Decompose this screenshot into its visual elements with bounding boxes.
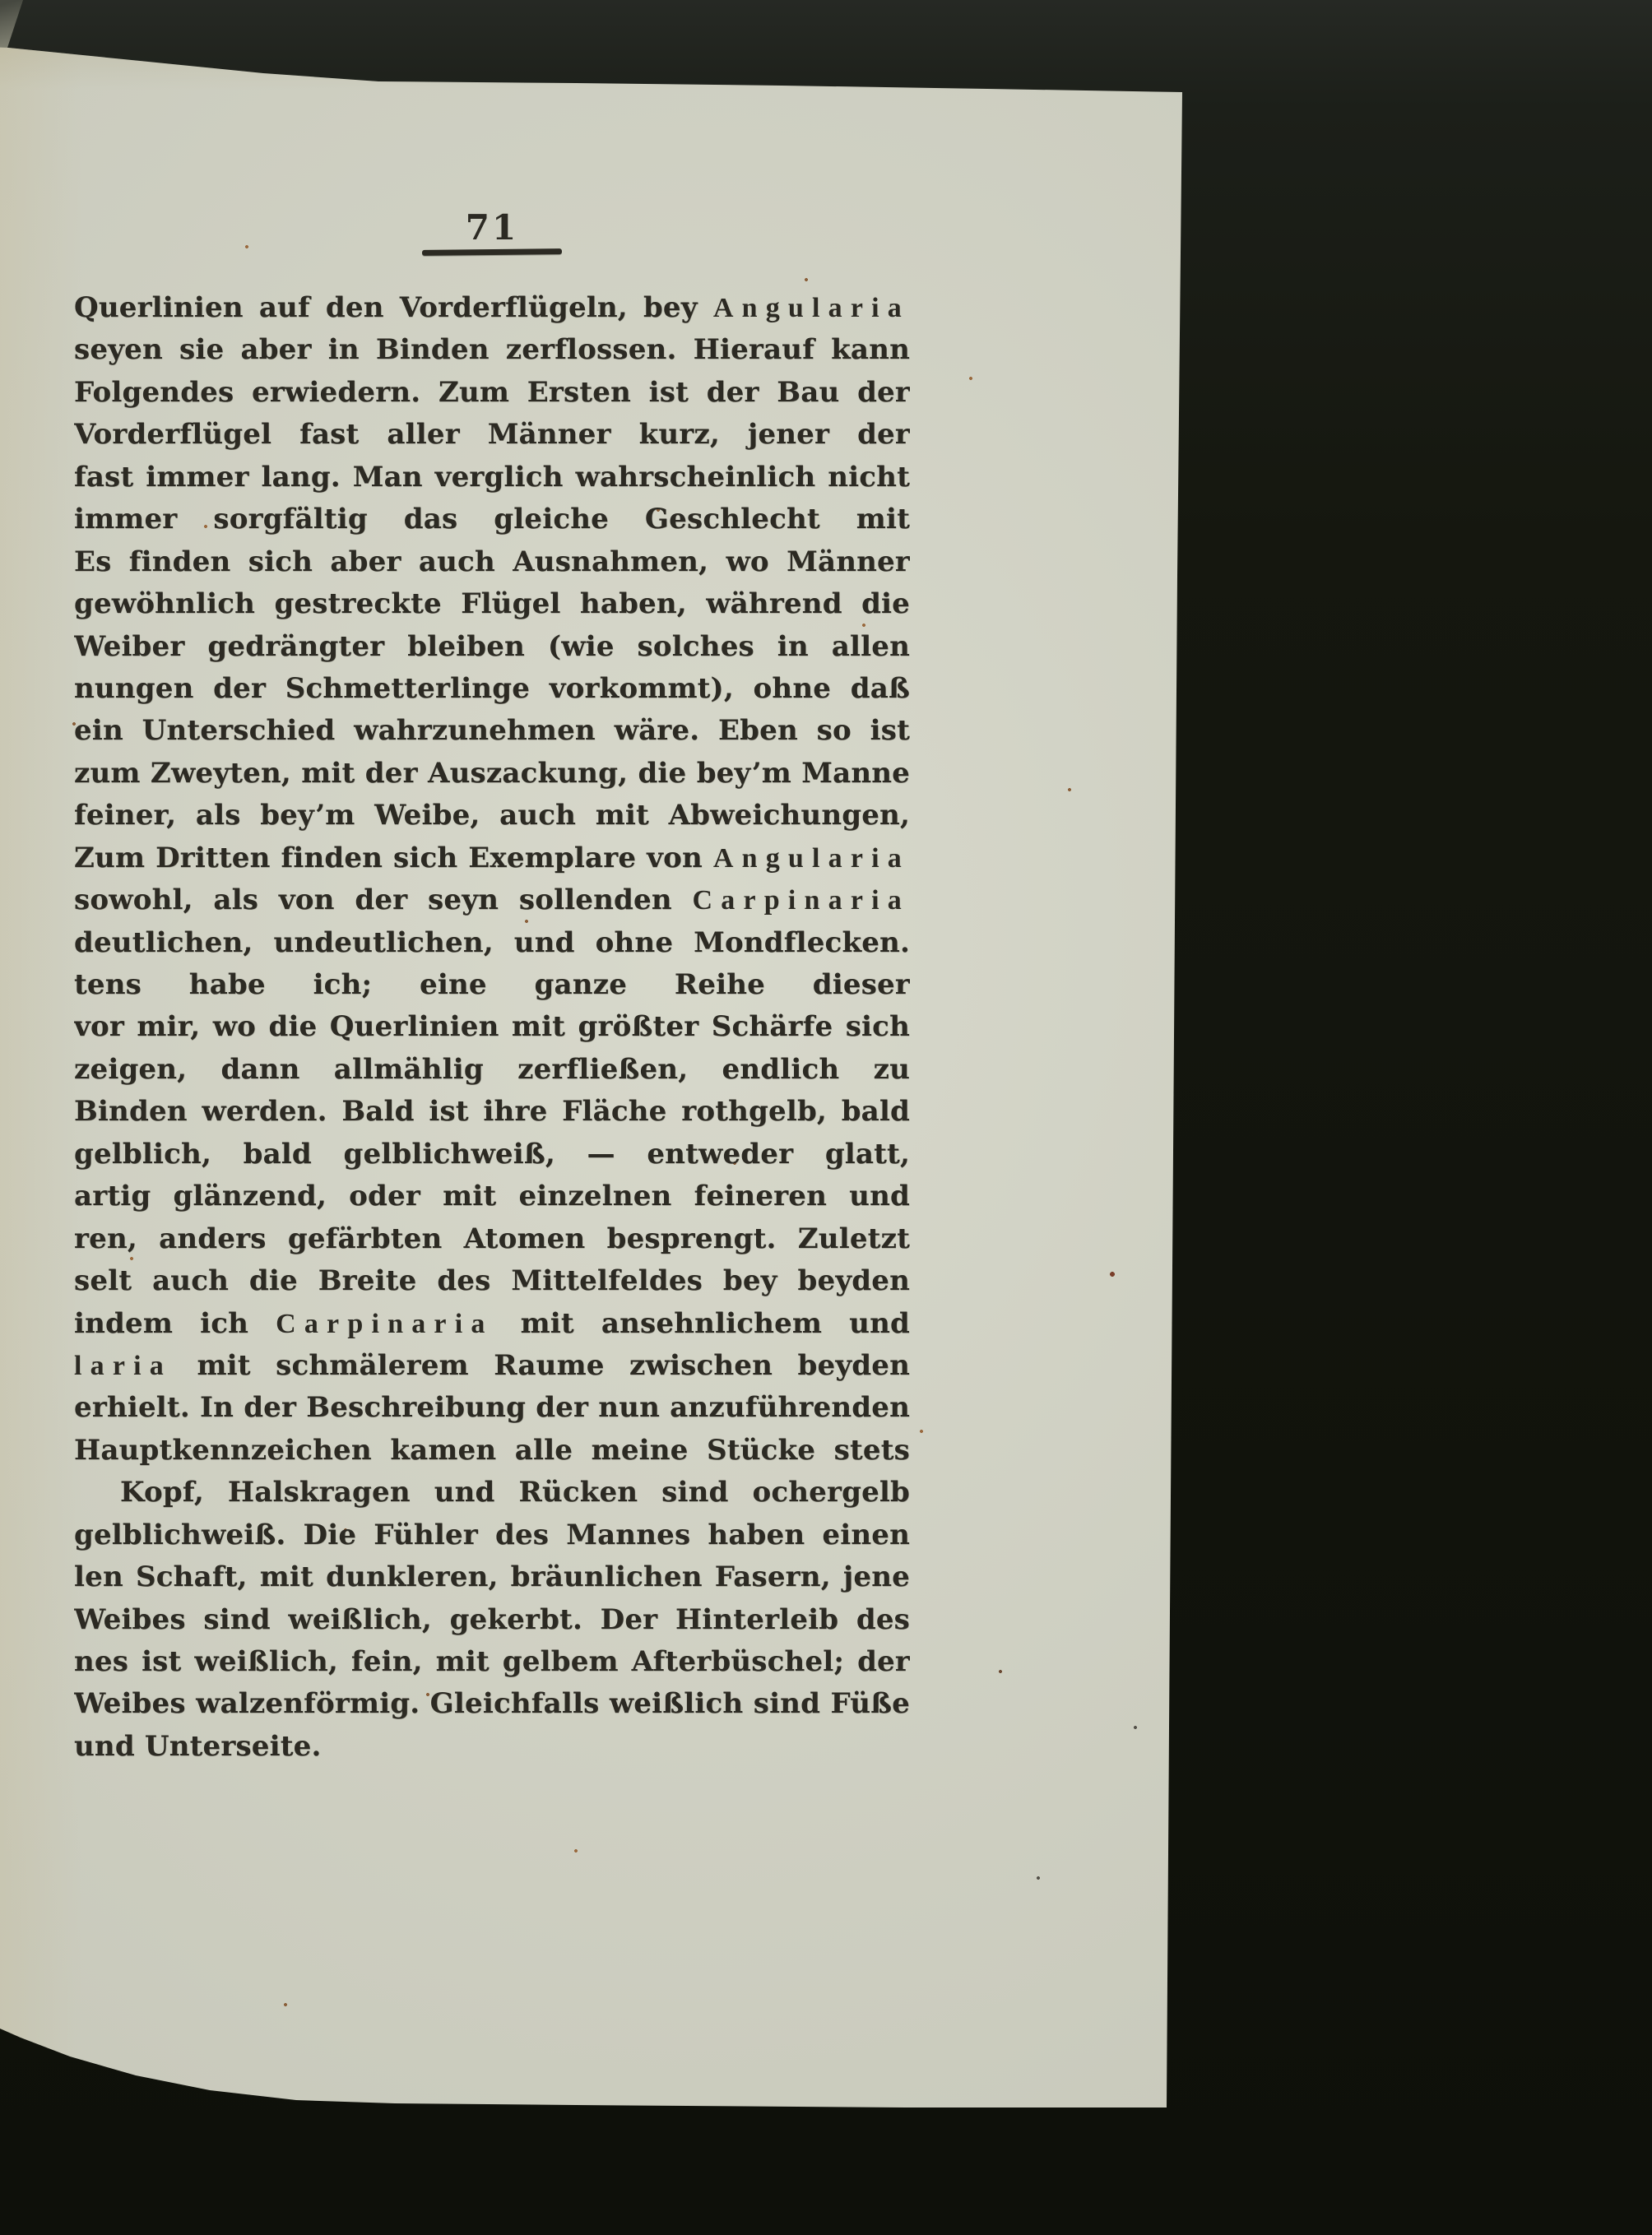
page-header: 71 <box>74 209 910 255</box>
text-line: zum Zweyten, mit der Auszackung, die bey… <box>74 753 910 795</box>
text-line: Binden werden. Bald ist ihre Fläche roth… <box>74 1091 910 1133</box>
text-line: Zum Dritten finden sich Exemplare von An… <box>74 837 910 879</box>
latin-species-name: Angularia <box>713 293 910 323</box>
fraktur-text: ein Unterschied wahrzunehmen wäre. Eben … <box>74 714 910 752</box>
text-line: indem ich Carpinaria mit ansehnlichem un… <box>74 1303 910 1345</box>
text-line: deutlichen, undeutlichen, und ohne Mondf… <box>74 922 910 964</box>
text-line: gelblich, bald gelblichweiß, — entweder … <box>74 1134 910 1175</box>
fraktur-text: Querlinien auf den Vorderflügeln, bey <box>74 291 713 324</box>
text-line: len Schaft, mit dunkleren, bräunlichen F… <box>74 1556 910 1598</box>
text-line: sowohl, als von der seyn sollenden Carpi… <box>74 879 910 921</box>
fraktur-text: ren, anders gefärbten Atomen besprengt. … <box>74 1222 910 1260</box>
fraktur-text: gewöhnlich gestreckte Flügel haben, währ… <box>74 587 910 625</box>
fraktur-text: Folgendes erwiedern. Zum Ersten ist der … <box>74 376 910 409</box>
fraktur-text: nungen der Schmetterlinge vorkommt), ohn… <box>74 672 910 710</box>
adjacent-page-edge <box>0 0 23 48</box>
fraktur-text: Weiber gedrängter bleiben (wie solches i… <box>74 630 910 668</box>
text-line: tens habe ich; eine ganze Reihe dieser S… <box>74 964 910 1006</box>
text-line: feiner, als bey’m Weibe, auch mit Abweic… <box>74 795 910 837</box>
text-line: Hauptkennzeichen kamen alle meine Stücke… <box>74 1430 910 1472</box>
fraktur-text: seyen sie aber in Binden zerflossen. Hie… <box>74 333 910 371</box>
fraktur-text: gelblich, bald gelblichweiß, — entweder … <box>74 1138 910 1175</box>
text-line: ein Unterschied wahrzunehmen wäre. Eben … <box>74 710 910 752</box>
fraktur-text: Vorderflügel fast aller Männer kurz, jen… <box>74 418 910 456</box>
fraktur-text: Weibes sind weißlich, gekerbt. Der Hinte… <box>74 1603 910 1641</box>
text-line: selt auch die Breite des Mittelfeldes be… <box>74 1260 910 1302</box>
fraktur-text: selt auch die Breite des Mittelfeldes be… <box>74 1264 910 1302</box>
fraktur-text: tens habe ich; eine ganze Reihe dieser S… <box>74 968 910 1006</box>
text-line: nes ist weißlich, fein, mit gelbem After… <box>74 1641 910 1683</box>
fraktur-text: deutlichen, undeutlichen, und ohne Mondf… <box>74 926 910 964</box>
fraktur-text: zeigen, dann allmählig zerfließen, endli… <box>74 1053 910 1091</box>
fraktur-text: mit ansehnlichem und <box>494 1307 910 1340</box>
fraktur-text: feiner, als bey’m Weibe, auch mit Abweic… <box>74 799 910 837</box>
text-line: erhielt. In der Beschreibung der nun anz… <box>74 1387 910 1429</box>
text-line: Folgendes erwiedern. Zum Ersten ist der … <box>74 372 910 414</box>
text-line: Vorderflügel fast aller Männer kurz, jen… <box>74 414 910 456</box>
page-number: 71 <box>74 209 910 247</box>
latin-species-name: laria <box>74 1351 172 1381</box>
fraktur-text: indem ich <box>74 1307 276 1340</box>
text-line: artig glänzend, oder mit einzelnen feine… <box>74 1175 910 1217</box>
text-line: fast immer lang. Man verglich wahrschein… <box>74 457 910 498</box>
text-line: ren, anders gefärbten Atomen besprengt. … <box>74 1218 910 1260</box>
text-line: Es finden sich aber auch Ausnahmen, wo M… <box>74 541 910 583</box>
text-line: Kopf, Halskragen und Rücken sind ocherge… <box>74 1472 910 1514</box>
fraktur-text: gelblichweiß. Die Fühler des Mannes habe… <box>74 1519 910 1556</box>
fraktur-text: Weibes walzenförmig. Gleichfalls weißlic… <box>74 1687 910 1720</box>
fraktur-text: Binden werden. Bald ist ihre Fläche roth… <box>74 1095 910 1128</box>
fraktur-text: fast immer lang. Man verglich wahrschein… <box>74 461 910 494</box>
text-line: und Unterseite. <box>74 1726 910 1768</box>
page-number-rule <box>422 248 562 256</box>
fraktur-text: und Unterseite. <box>74 1730 322 1763</box>
fraktur-text: Es finden sich aber auch Ausnahmen, wo M… <box>74 545 910 583</box>
text-line: Weibes walzenförmig. Gleichfalls weißlic… <box>74 1683 910 1725</box>
fraktur-text: Hauptkennzeichen kamen alle meine Stücke… <box>74 1434 910 1472</box>
fraktur-text: Kopf, Halskragen und Rücken sind ocherge… <box>74 1476 910 1514</box>
text-line: Weiber gedrängter bleiben (wie solches i… <box>74 626 910 668</box>
fraktur-text: erhielt. In der Beschreibung der nun anz… <box>74 1391 910 1424</box>
fraktur-text: sowohl, als von der seyn sollenden <box>74 883 693 916</box>
text-line: gewöhnlich gestreckte Flügel haben, währ… <box>74 583 910 625</box>
text-line: laria mit schmälerem Raume zwischen beyd… <box>74 1345 910 1387</box>
fraktur-text: nes ist weißlich, fein, mit gelbem After… <box>74 1645 910 1683</box>
latin-species-name: Carpinaria <box>276 1309 493 1339</box>
text-line: seyen sie aber in Binden zerflossen. Hie… <box>74 329 910 371</box>
fraktur-text: Zum Dritten finden sich Exemplare von <box>74 842 713 874</box>
fraktur-text: vor mir, wo die Querlinien mit größter S… <box>74 1010 910 1043</box>
text-line: immer sorgfältig das gleiche Geschlecht … <box>74 498 910 540</box>
text-line: zeigen, dann allmählig zerfließen, endli… <box>74 1049 910 1091</box>
text-line: vor mir, wo die Querlinien mit größter S… <box>74 1006 910 1048</box>
fraktur-text: mit schmälerem Raume zwischen beyden Str… <box>74 1349 910 1387</box>
latin-species-name: Carpinaria <box>693 885 910 916</box>
latin-species-name: Angularia <box>713 843 910 874</box>
scanned-book-page: 71 Querlinien auf den Vorderflügeln, bey… <box>0 0 1652 2235</box>
text-line: Querlinien auf den Vorderflügeln, bey An… <box>74 287 910 329</box>
text-line: nungen der Schmetterlinge vorkommt), ohn… <box>74 668 910 710</box>
fraktur-text: immer sorgfältig das gleiche Geschlecht … <box>74 503 910 540</box>
fraktur-text: artig glänzend, oder mit einzelnen feine… <box>74 1180 910 1217</box>
fraktur-text: len Schaft, mit dunkleren, bräunlichen F… <box>74 1560 910 1598</box>
text-line: Weibes sind weißlich, gekerbt. Der Hinte… <box>74 1599 910 1641</box>
text-line: gelblichweiß. Die Fühler des Mannes habe… <box>74 1514 910 1556</box>
fraktur-text: zum Zweyten, mit der Auszackung, die bey… <box>74 757 910 790</box>
text-block: Querlinien auf den Vorderflügeln, bey An… <box>74 287 910 1768</box>
